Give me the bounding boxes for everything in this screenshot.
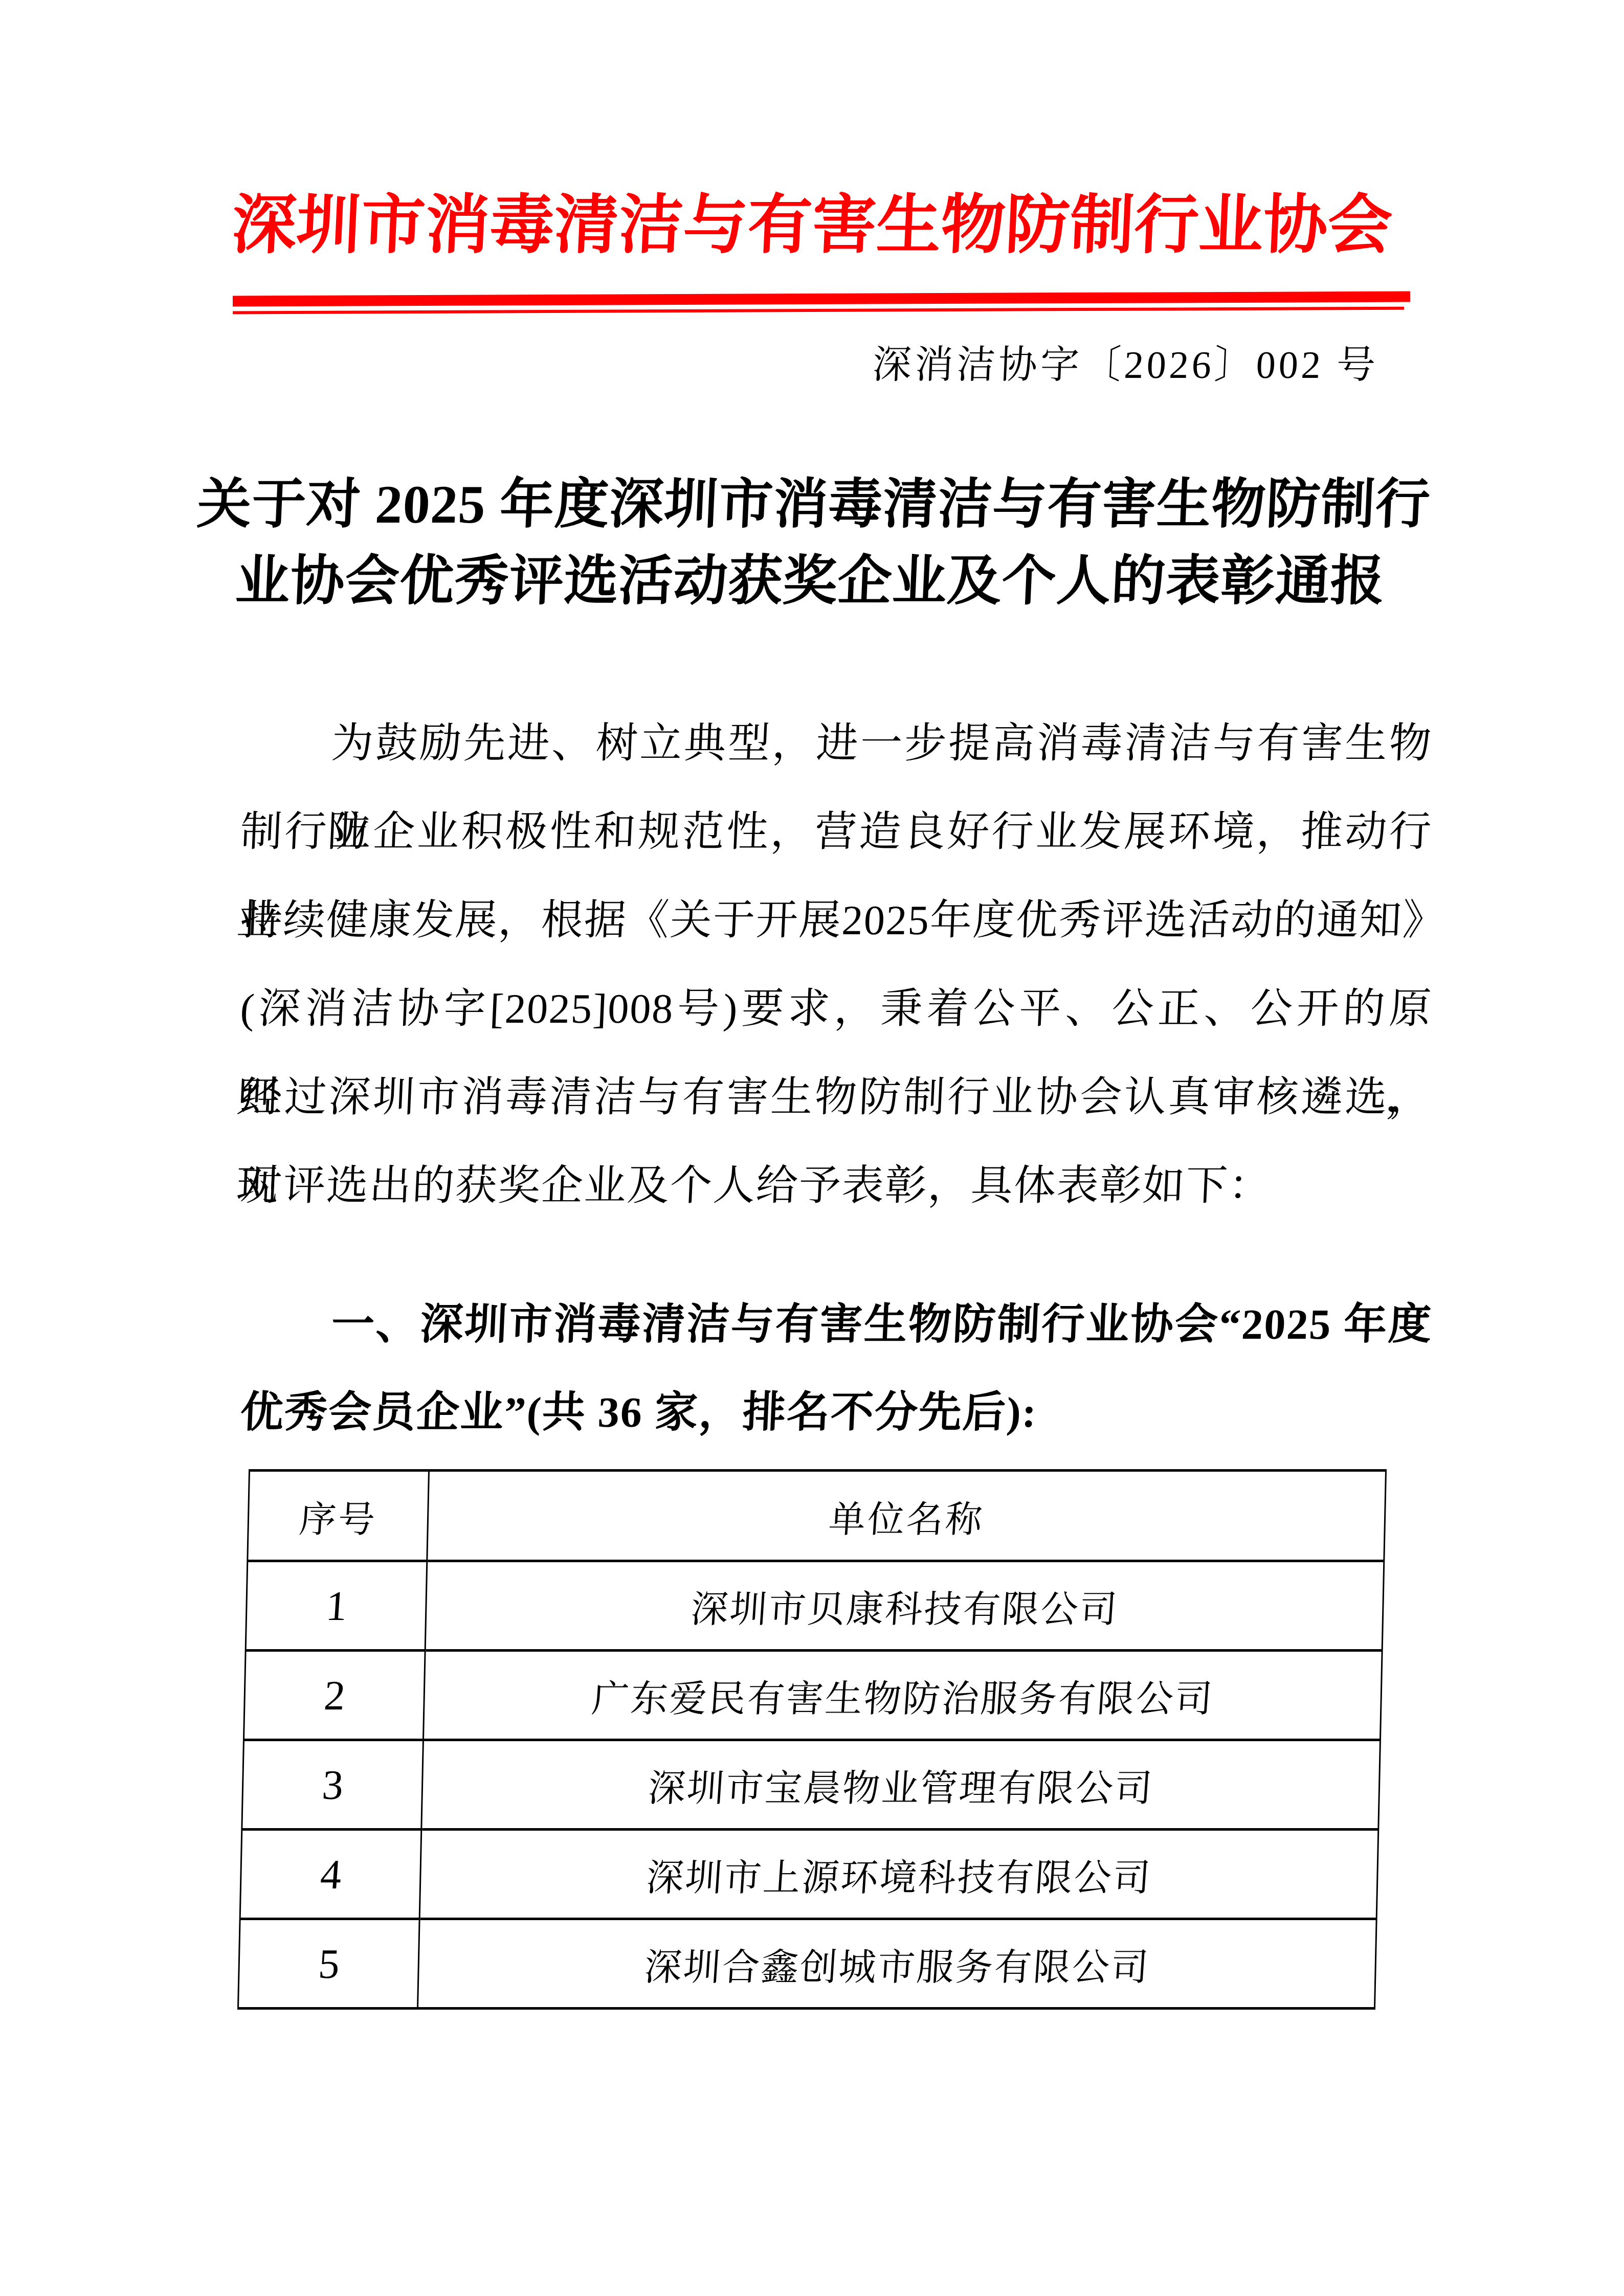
association-masthead-title: 深圳市消毒清洁与有害生物防制行业协会 — [0, 185, 1624, 267]
notice-title-line-1: 关于对 2025 年度深圳市消毒清洁与有害生物防制行 — [0, 466, 1624, 543]
row-serial: 5 — [236, 1919, 422, 2009]
section-heading-line-2: 优秀会员企业”(共 36 家，排名不分先后): — [238, 1369, 1434, 1457]
row-serial: 2 — [242, 1651, 428, 1740]
row-company-name: 深圳市上源环境科技有限公司 — [417, 1830, 1381, 1919]
table-row: 1 深圳市贝康科技有限公司 — [246, 1561, 1384, 1651]
body-line: 制行业企业积极性和规范性，营造良好行业发展环境，推动行业 — [238, 787, 1434, 876]
table-header-row: 序号 单位名称 — [248, 1471, 1386, 1561]
table-header-serial: 序号 — [246, 1471, 431, 1561]
awards-table: 序号 单位名称 1 深圳市贝康科技有限公司 2 广东爱民有害生物防治服务有限公司… — [237, 1469, 1387, 2010]
body-line: (深消洁协字[2025]008号)要求，秉着公平、公正、公开的原则， — [238, 964, 1434, 1053]
row-serial: 1 — [243, 1561, 429, 1651]
row-serial: 3 — [240, 1740, 426, 1830]
body-line: 持续健康发展，根据《关于开展2025年度优秀评选活动的通知》 — [238, 876, 1434, 964]
document-page: { "document": { "association_name": "深圳市… — [0, 0, 1624, 2296]
row-company-name: 深圳合鑫创城市服务有限公司 — [416, 1919, 1379, 2009]
body-line: 为鼓励先进、树立典型，进一步提高消毒清洁与有害生物防 — [238, 699, 1434, 787]
notice-title: 关于对 2025 年度深圳市消毒清洁与有害生物防制行 业协会优秀评选活动获奖企业… — [0, 466, 1624, 620]
body-line: 经过深圳市消毒清洁与有害生物防制行业协会认真审核遴选，现 — [238, 1053, 1434, 1141]
document-reference-number: 深消洁协字〔2026〕002 号 — [872, 340, 1380, 391]
section-heading-line-1: 一、深圳市消毒清洁与有害生物防制行业协会“2025 年度 — [238, 1281, 1434, 1369]
table-header-company: 单位名称 — [425, 1471, 1388, 1561]
notice-body-paragraph: 为鼓励先进、树立典型，进一步提高消毒清洁与有害生物防 制行业企业积极性和规范性，… — [240, 699, 1432, 1230]
row-serial: 4 — [238, 1830, 424, 1919]
masthead-divider-thin-line — [233, 307, 1404, 314]
notice-title-line-2: 业协会优秀评选活动获奖企业及个人的表彰通报 — [0, 543, 1624, 620]
body-line: 对评选出的获奖企业及个人给予表彰，具体表彰如下： — [238, 1141, 1434, 1230]
section-heading: 一、深圳市消毒清洁与有害生物防制行业协会“2025 年度 优秀会员企业”(共 3… — [240, 1281, 1432, 1457]
row-company-name: 深圳市宝晨物业管理有限公司 — [419, 1740, 1383, 1830]
table-row: 5 深圳合鑫创城市服务有限公司 — [238, 1919, 1376, 2009]
masthead-divider-thick-line — [233, 291, 1410, 307]
table-row: 2 广东爱民有害生物防治服务有限公司 — [243, 1651, 1382, 1740]
table-row: 3 深圳市宝晨物业管理有限公司 — [242, 1740, 1381, 1830]
table-row: 4 深圳市上源环境科技有限公司 — [240, 1830, 1378, 1919]
row-company-name: 广东爱民有害生物防治服务有限公司 — [421, 1651, 1385, 1740]
masthead-divider — [233, 291, 1410, 314]
page-sheet: 深圳市消毒清洁与有害生物防制行业协会 深消洁协字〔2026〕002 号 关于对 … — [0, 0, 1624, 2296]
row-company-name: 深圳市贝康科技有限公司 — [423, 1561, 1386, 1651]
